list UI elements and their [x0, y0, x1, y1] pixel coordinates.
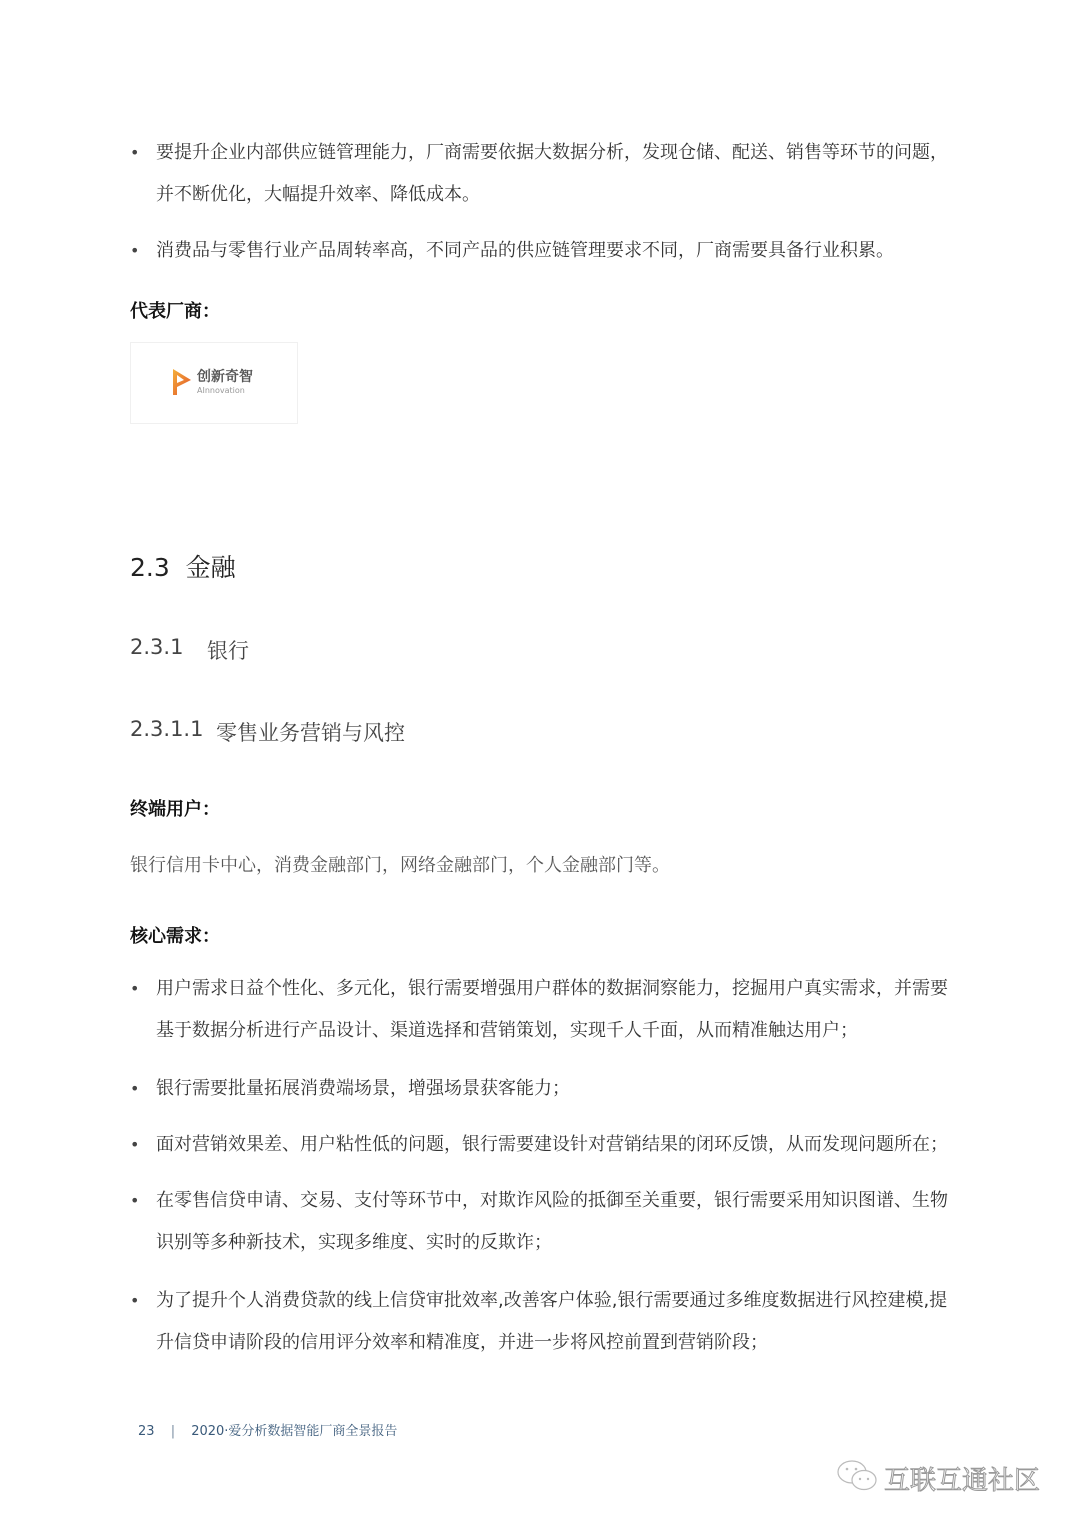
bullet-text: 用户需求日益个性化、多元化，银行需要增强用户群体的数据洞察能力，挖掘用户真实需求…	[156, 968, 961, 1052]
bullet-text: 为了提升个人消费贷款的线上信贷审批效率,改善客户体验,银行需要通过多维度数据进行…	[156, 1280, 961, 1364]
footer-separator: |	[171, 1424, 175, 1439]
bullet-dot: •	[130, 968, 156, 1010]
sub-subsection-number: 2.3.1.1	[130, 717, 203, 741]
bullet-dot: •	[130, 1068, 156, 1110]
sub-subsection-title: 零售业务营销与风控	[216, 717, 405, 747]
core-needs-label: 核心需求：	[130, 922, 220, 948]
bullet-text: 银行需要批量拓展消费端场景，增强场景获客能力；	[156, 1068, 961, 1110]
bullet-dot: •	[130, 1280, 156, 1322]
vendor-name-cn: 创新奇智	[197, 366, 253, 386]
ainnovation-logo-icon	[171, 367, 193, 397]
bullet-dot: •	[130, 132, 156, 174]
vendor-name-en: AInnovation	[197, 386, 245, 395]
bullet-text: 消费品与零售行业产品周转率高，不同产品的供应链管理要求不同，厂商需要具备行业积累…	[156, 230, 961, 272]
bullet-text: 要提升企业内部供应链管理能力，厂商需要依据大数据分析，发现仓储、配送、销售等环节…	[156, 132, 961, 216]
wechat-icon	[836, 1458, 880, 1496]
page-number: 23	[138, 1424, 155, 1439]
sub-subsection-heading: 2.3.1.1 零售业务营销与风控	[130, 717, 203, 741]
bullet-dot: •	[130, 1180, 156, 1222]
bullet-text: 面对营销效果差、用户粘性低的问题，银行需要建设针对营销结果的闭环反馈，从而发现问…	[156, 1124, 961, 1166]
subsection-title: 银行	[207, 635, 249, 665]
subsection-heading: 2.3.1 银行	[130, 635, 183, 659]
report-title: 2020·爱分析数据智能厂商全景报告	[191, 1424, 397, 1439]
subsection-number: 2.3.1	[130, 635, 183, 659]
section-heading: 2.3 金融	[130, 548, 236, 584]
bullet-dot: •	[130, 230, 156, 272]
vendor-logo: 创新奇智 AInnovation	[130, 342, 298, 424]
watermark: 互联互通社区	[836, 1458, 1056, 1498]
page-footer: 23 | 2020·爱分析数据智能厂商全景报告	[138, 1420, 397, 1439]
end-users-text: 银行信用卡中心，消费金融部门，网络金融部门，个人金融部门等。	[130, 851, 670, 877]
bullet-text: 在零售信贷申请、交易、支付等环节中，对欺诈风险的抵御至关重要，银行需要采用知识图…	[156, 1180, 961, 1264]
bullet-dot: •	[130, 1124, 156, 1166]
watermark-text: 互联互通社区	[884, 1460, 1040, 1497]
end-users-label: 终端用户：	[130, 795, 220, 821]
vendors-label: 代表厂商：	[130, 297, 220, 323]
